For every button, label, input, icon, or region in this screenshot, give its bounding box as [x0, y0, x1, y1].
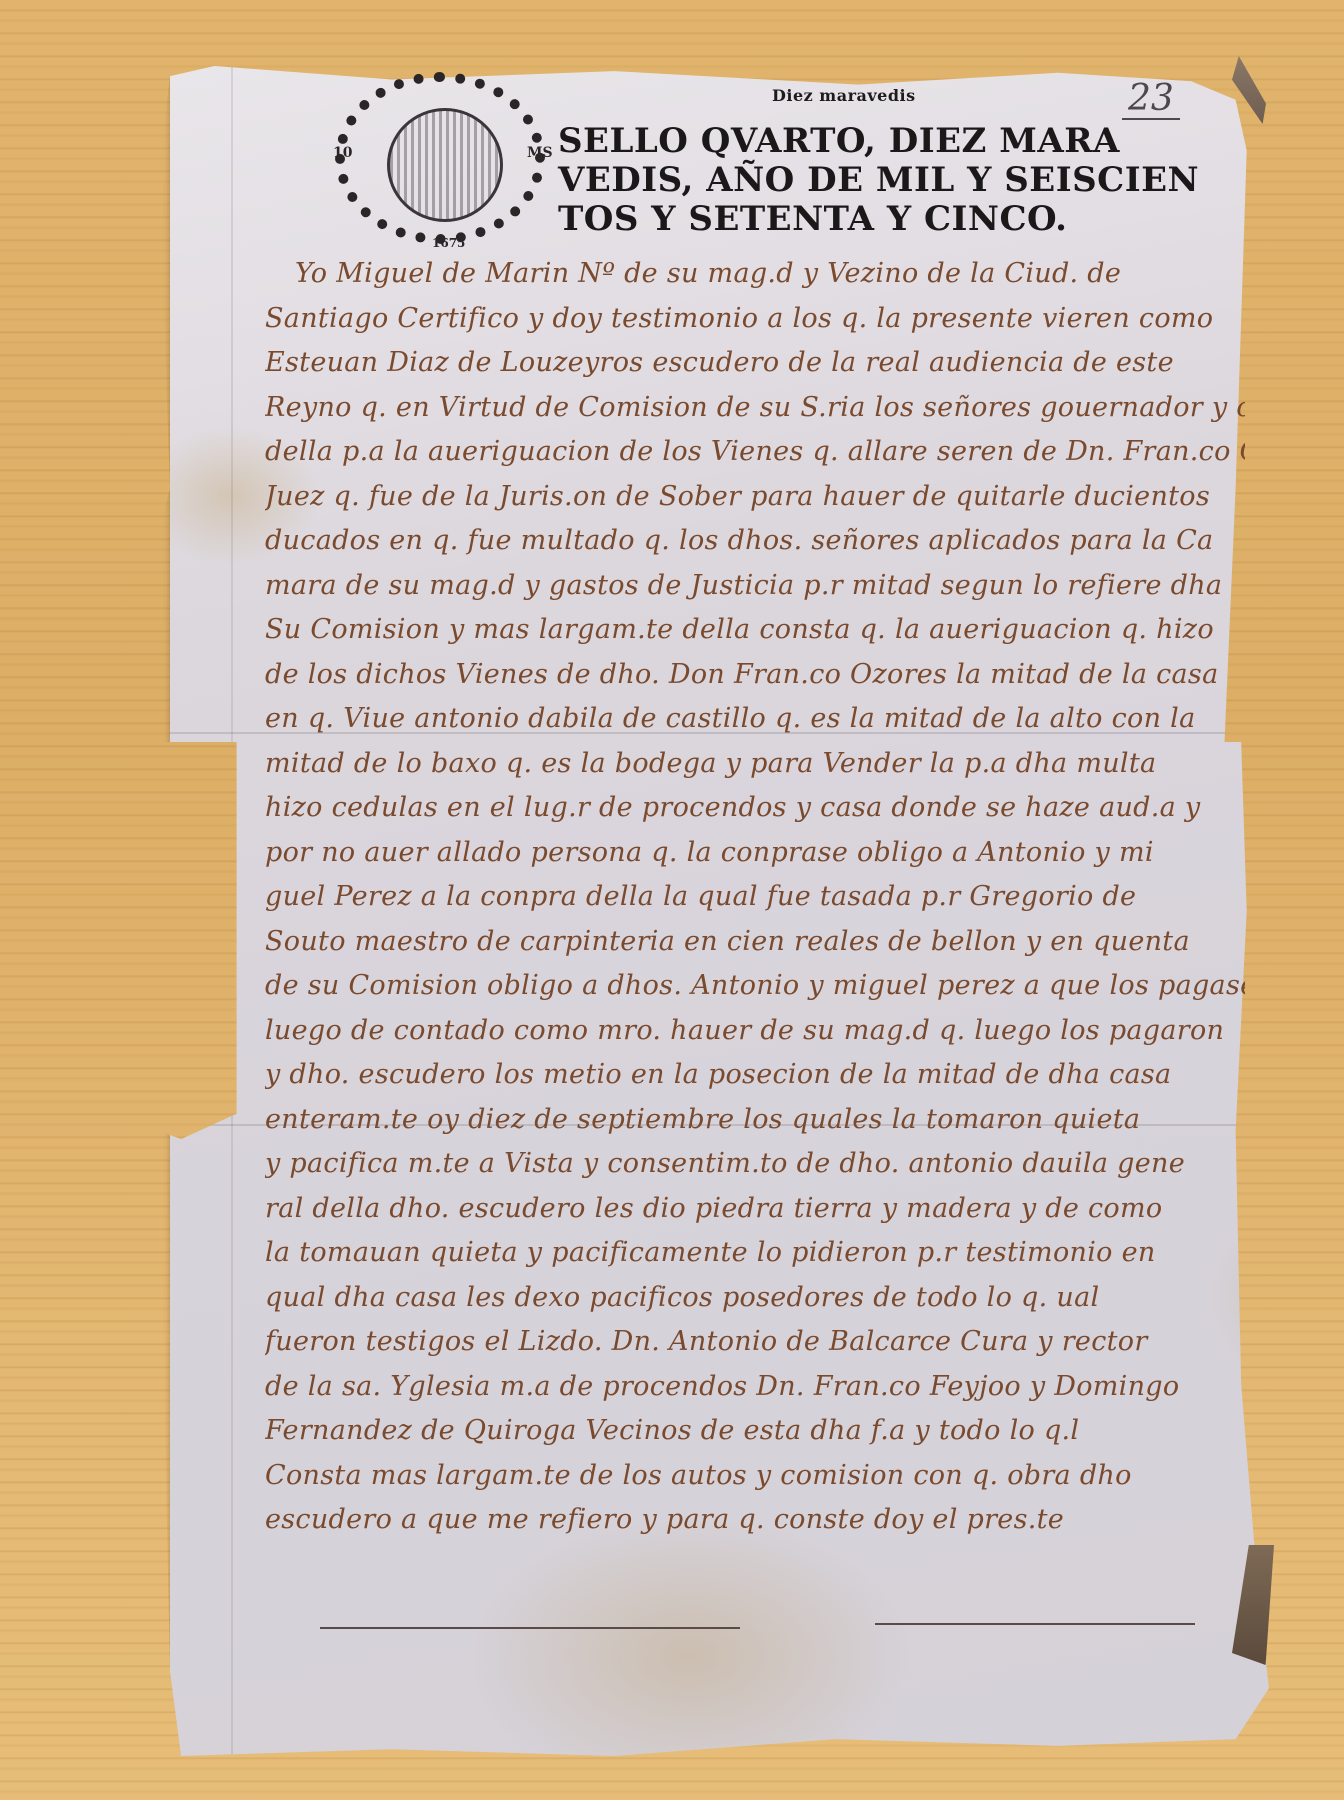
seal-value-left: 10: [333, 145, 352, 161]
text-line: Fernandez de Quiroga Vecinos de esta dha…: [265, 1415, 1245, 1460]
closing-rule-line: [875, 1623, 1195, 1625]
text-line: de su Comision obligo a dhos. Antonio y …: [265, 970, 1245, 1015]
paper-fold: [231, 66, 233, 1756]
text-line: Reyno q. en Virtud de Comision de su S.r…: [265, 392, 1245, 437]
text-line: della p.a la aueriguacion de los Vienes …: [265, 436, 1245, 481]
text-line: de los dichos Vienes de dho. Don Fran.co…: [265, 659, 1245, 704]
text-line: Consta mas largam.te de los autos y comi…: [265, 1460, 1245, 1505]
text-line: mara de su mag.d y gastos de Justicia p.…: [265, 570, 1245, 615]
text-line: y dho. escudero los metio en la posecion…: [265, 1059, 1245, 1104]
text-line: y pacifica m.te a Vista y consentim.to d…: [265, 1148, 1245, 1193]
coat-of-arms-icon: [387, 108, 503, 222]
text-line: ducados en q. fue multado q. los dhos. s…: [265, 525, 1245, 570]
seal-value-right: MS: [527, 145, 553, 161]
text-line: Yo Miguel de Marin Nº de su mag.d y Vezi…: [265, 258, 1245, 303]
text-line: luego de contado como mro. hauer de su m…: [265, 1015, 1245, 1060]
text-line: ral della dho. escudero les dio piedra t…: [265, 1193, 1245, 1238]
text-line: la tomauan quieta y pacificamente lo pid…: [265, 1237, 1245, 1282]
stamp-value-header: Diez maravedis: [772, 86, 916, 105]
stamp-title-line: SELLO QVARTO, DIEZ MARA: [558, 122, 1158, 161]
text-line: Souto maestro de carpinteria en cien rea…: [265, 926, 1245, 971]
text-line: de la sa. Yglesia m.a de procendos Dn. F…: [265, 1371, 1245, 1416]
text-line: escudero a que me refiero y para q. cons…: [265, 1504, 1245, 1549]
text-line: por no auer allado persona q. la conpras…: [265, 837, 1245, 882]
text-line: fueron testigos el Lizdo. Dn. Antonio de…: [265, 1326, 1245, 1371]
text-line: Esteuan Diaz de Louzeyros escudero de la…: [265, 347, 1245, 392]
text-line: Juez q. fue de la Juris.on de Sober para…: [265, 481, 1245, 526]
stamp-title-line: VEDIS, AÑO DE MIL Y SEISCIEN: [558, 161, 1158, 200]
text-line: en q. Viue antonio dabila de castillo q.…: [265, 703, 1245, 748]
handwritten-text: Yo Miguel de Marin Nº de su mag.d y Vezi…: [265, 258, 1245, 1549]
seal-year: 1675: [432, 236, 465, 250]
text-line: hizo cedulas en el lug.r de procendos y …: [265, 792, 1245, 837]
text-line: Santiago Certifico y doy testimonio a lo…: [265, 303, 1245, 348]
text-line: qual dha casa les dexo pacificos posedor…: [265, 1282, 1245, 1327]
royal-seal-stamp: [335, 72, 545, 244]
text-line: guel Perez a la conpra della la qual fue…: [265, 881, 1245, 926]
closing-rule-line: [320, 1627, 740, 1629]
text-line: mitad de lo baxo q. es la bodega y para …: [265, 748, 1245, 793]
folio-number: 23: [1122, 80, 1180, 120]
stamp-title-line: TOS Y SETENTA Y CINCO.: [558, 200, 1158, 239]
text-line: Su Comision y mas largam.te della consta…: [265, 614, 1245, 659]
text-line: enteram.te oy diez de septiembre los qua…: [265, 1104, 1245, 1149]
stamp-title: SELLO QVARTO, DIEZ MARA VEDIS, AÑO DE MI…: [558, 122, 1158, 239]
